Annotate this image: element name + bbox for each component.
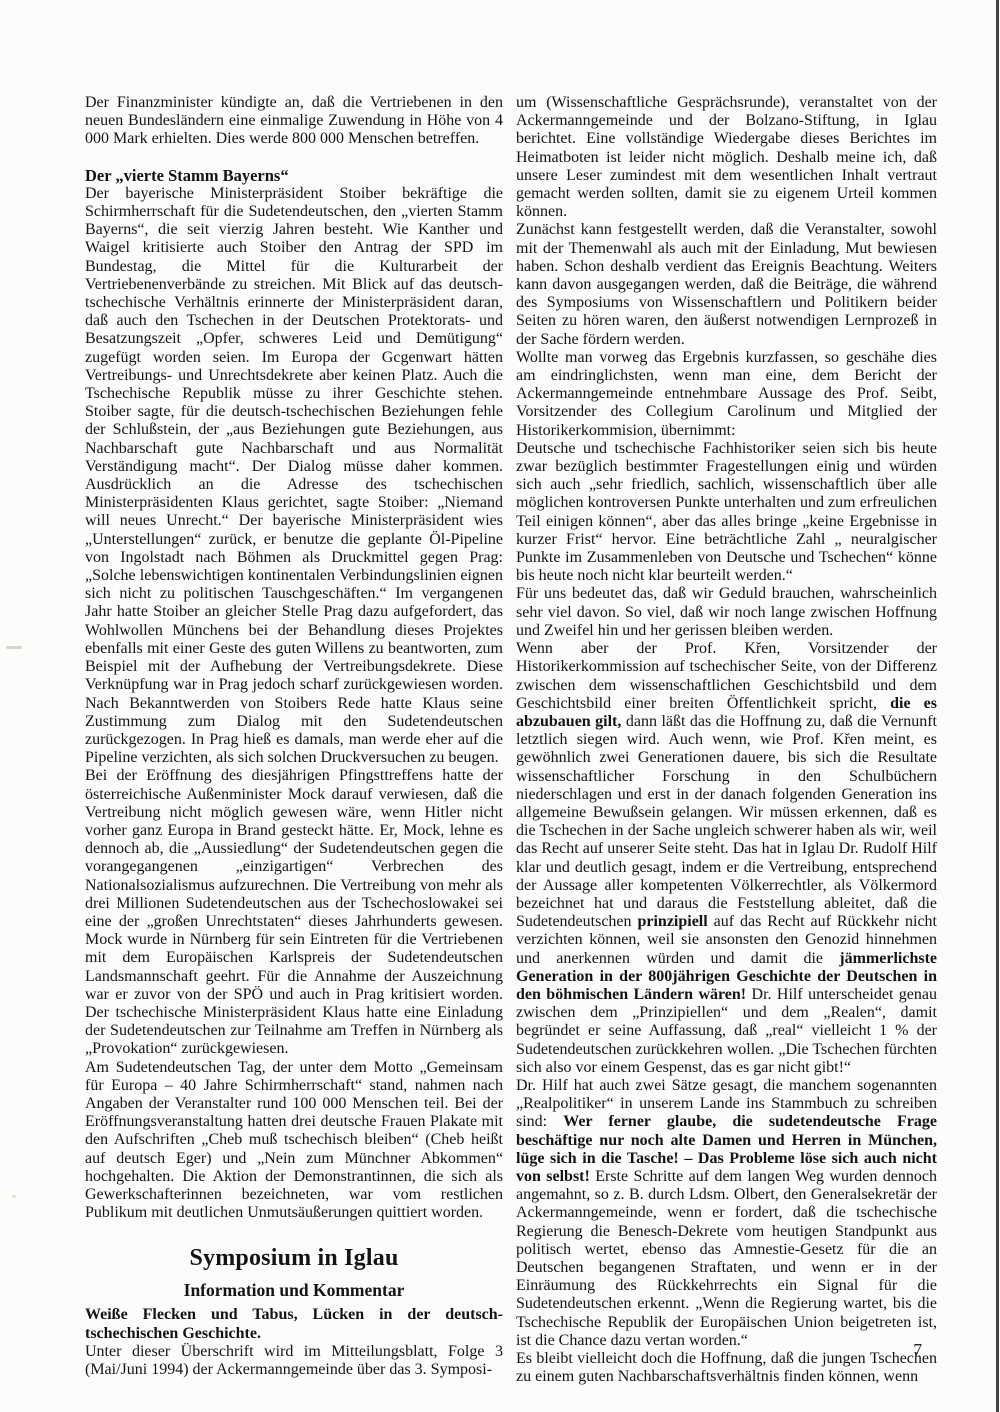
paragraph: Für uns bedeutet das, daß wir Geduld bra… [516,585,937,640]
paragraph: Es bleibt vielleicht doch die Hoffnung, … [516,1350,937,1386]
paragraph: Wollte man vorweg das Ergebnis kurzfasse… [516,349,937,440]
document-page-columns: Der Finanzminister kündigte an, daß die … [85,94,937,1386]
symposium-subtitle: Information und Kommentar [85,1280,503,1300]
scan-speck [6,646,22,649]
section-paragraph-group: Der bayerische Ministerpräsident Stoiber… [85,185,503,1223]
symposium-title: Symposium in Iglau [85,1244,503,1272]
symposium-lead-group: Weiße Flecken und Tabus, Lücken in der d… [85,1306,503,1342]
paragraph: Der Finanzminister kündigte an, daß die … [85,94,503,149]
scan-speck [12,1195,16,1198]
right-column: um (Wissenschaftliche Gesprächsrunde), v… [516,94,937,1386]
paragraph: Unter dieser Überschrift wird im Mitteil… [85,1343,503,1379]
symposium-paragraph-group: Unter dieser Überschrift wird im Mitteil… [85,1343,503,1379]
paragraph: Wenn aber der Prof. Křen, Vorsitzender d… [516,640,937,1077]
section-heading: Der „vierte Stamm Bayerns“ [85,167,503,185]
paragraph: um (Wissenschaftliche Gesprächsrunde), v… [516,94,937,221]
right-paragraph-group: um (Wissenschaftliche Gesprächsrunde), v… [516,94,937,1386]
paragraph: Bei der Eröffnung des diesjährigen Pfing… [85,767,503,1058]
paragraph: Zunächst kann festgestellt werden, daß d… [516,221,937,348]
paragraph: Deutsche und tschechische Fachhistoriker… [516,440,937,586]
paragraph: Der bayerische Ministerpräsident Stoiber… [85,185,503,768]
intro-paragraph-group: Der Finanzminister kündigte an, daß die … [85,94,503,149]
paragraph: Weiße Flecken und Tabus, Lücken in der d… [85,1306,503,1342]
scan-edge-artifact [996,0,999,1412]
paragraph: Am Sudetendeutschen Tag, der unter dem M… [85,1059,503,1223]
left-column: Der Finanzminister kündigte an, daß die … [85,94,503,1386]
page-number: 7 [913,1340,922,1361]
paragraph: Dr. Hilf hat auch zwei Sätze gesagt, die… [516,1077,937,1350]
